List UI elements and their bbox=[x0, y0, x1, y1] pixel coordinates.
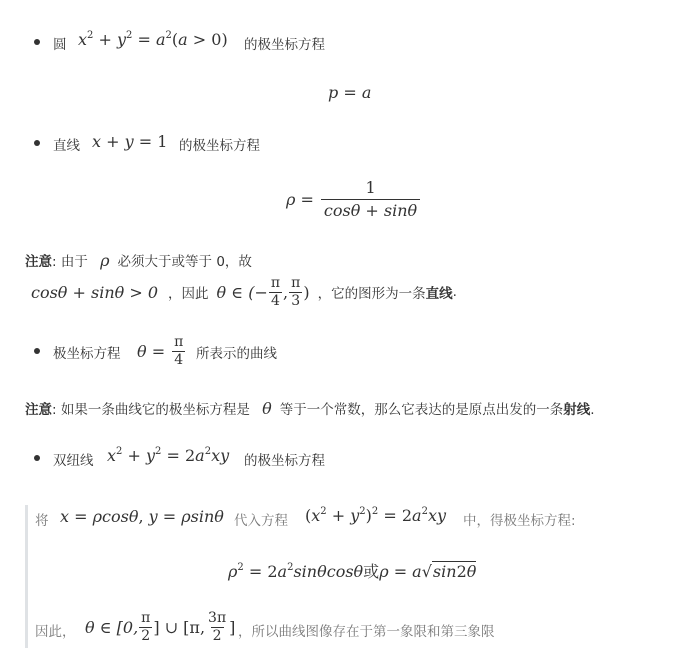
quote-text: 将 bbox=[35, 509, 49, 529]
bold-term: 射线 bbox=[563, 402, 590, 418]
quote-text: 中，得极坐标方程: bbox=[463, 509, 576, 529]
substitution: x = ρcosθ, y = ρsinθ bbox=[60, 507, 224, 526]
quote-text: 代入方程 bbox=[234, 509, 288, 529]
bullet-icon bbox=[34, 140, 40, 146]
circle-equation: x2 + y2 = a2(a > 0) bbox=[78, 30, 228, 49]
rho-symbol: ρ bbox=[100, 251, 109, 270]
item-prefix: 双纽线 bbox=[53, 449, 94, 469]
item-suffix: 的极坐标方程 bbox=[244, 449, 325, 469]
item-prefix: 极坐标方程 bbox=[53, 342, 121, 362]
item-prefix: 直线 bbox=[53, 134, 80, 154]
lemniscate-polar-formula: ρ2 = 2a2sinθcosθ或ρ = a√sin2θ bbox=[228, 559, 476, 582]
numerator: 1 bbox=[362, 177, 378, 199]
item-suffix: 的极坐标方程 bbox=[244, 33, 325, 53]
quote-text: 因此， bbox=[35, 620, 76, 640]
bullet-icon bbox=[34, 455, 40, 461]
circle-polar-result: p = a bbox=[328, 83, 371, 102]
fraction: 1 cosθ + sinθ bbox=[321, 177, 420, 222]
note-text: : 由于 bbox=[52, 254, 88, 270]
item-suffix: 所表示的曲线 bbox=[196, 342, 277, 362]
theta-range: θ ∈ (− π4, π3 ) bbox=[217, 275, 310, 310]
note-text: : 如果一条曲线它的极坐标方程是 bbox=[52, 402, 250, 418]
lemniscate-squared: (x2 + y2)2 = 2a2xy bbox=[305, 506, 446, 525]
theta-domain: θ ∈ [0, π2 ] ∪ [π, 3π2 ] bbox=[85, 606, 235, 648]
note-text: ，因此 bbox=[168, 282, 209, 302]
denominator: cosθ + sinθ bbox=[321, 199, 420, 222]
quote-text: ，所以曲线图像存在于第一象限和第三象限 bbox=[238, 620, 495, 640]
line-equation: x + y = 1 bbox=[92, 132, 167, 151]
line-polar-result: ρ = 1 cosθ + sinθ bbox=[286, 177, 421, 222]
bullet-icon bbox=[34, 39, 40, 45]
lemniscate-equation: x2 + y2 = 2a2xy bbox=[107, 446, 229, 465]
blockquote-border bbox=[25, 505, 28, 648]
item-suffix: 的极坐标方程 bbox=[179, 134, 260, 154]
bold-term: 直线 bbox=[426, 282, 453, 302]
note-ray: 注意: 如果一条曲线它的极坐标方程是 θ等于一个常数，那么它表达的是原点出发的一… bbox=[25, 398, 595, 418]
note-label: 注意 bbox=[25, 254, 52, 270]
inequality: cosθ + sinθ > 0 bbox=[31, 283, 158, 302]
note-text: ，它的图形为一条 bbox=[318, 282, 426, 302]
theta-equation: θ = π4 bbox=[137, 331, 186, 371]
note-text: 必须大于或等于 0，故 bbox=[118, 254, 252, 270]
note-label: 注意 bbox=[25, 402, 52, 418]
result-lhs: ρ = bbox=[286, 190, 314, 209]
theta-symbol: θ bbox=[262, 399, 272, 418]
item-prefix: 圆 bbox=[53, 33, 67, 53]
bullet-icon bbox=[34, 348, 40, 354]
note-text: 等于一个常数，那么它表达的是原点出发的一条 bbox=[280, 402, 564, 418]
